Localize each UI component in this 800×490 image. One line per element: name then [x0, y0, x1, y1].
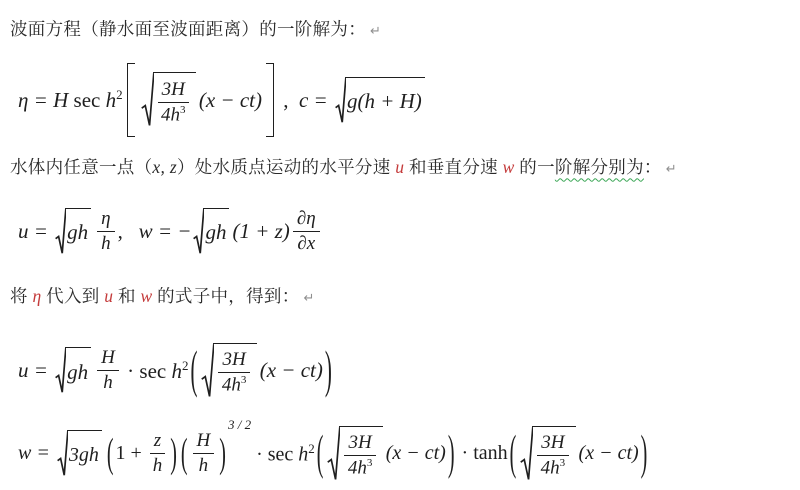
eq3-sech: · sec h2	[122, 358, 189, 384]
para2-text-squiggle: 阶解分别为	[555, 157, 644, 177]
radical-3H-4h3: 3H 4h3	[327, 426, 382, 482]
radical-gh: gh	[193, 208, 229, 255]
right-bracket	[266, 63, 274, 137]
para2-w-red: w	[503, 157, 515, 177]
right-paren: )	[219, 433, 226, 474]
radicand: gh	[67, 220, 88, 245]
para3-text: 将	[10, 286, 32, 306]
exponent-three-halves: 3 / 2	[228, 417, 251, 433]
paragraph-velocity-intro: 水体内任意一点（x, z）处水质点运动的水平分速 u 和垂直分速 w 的一阶解分…	[10, 154, 794, 180]
left-paren: (	[190, 345, 197, 396]
eq2-comma: ,	[118, 219, 139, 244]
radical-gh: gh	[55, 208, 91, 255]
para1-text: 波面方程（静水面至波面距离）的一阶解为：	[10, 19, 366, 39]
paragraph-mark-icon: ↵	[666, 162, 677, 177]
eq4-sech: · sec h2	[251, 441, 315, 467]
radical-g-h-plus-H: g(h + H)	[335, 77, 425, 124]
para2-xz: x, z	[152, 157, 177, 177]
eq3-argument: (x − ct)	[260, 358, 323, 383]
left-bracket	[127, 63, 135, 137]
paragraph-mark-icon: ↵	[304, 291, 315, 306]
eq1-comma: ,	[278, 88, 299, 113]
eq1-h: h	[106, 88, 117, 112]
para2-u-red: u	[395, 157, 404, 177]
fraction-3H-over-4h3: 3H 4h3	[158, 79, 189, 126]
fraction-3H-over-4h3: 3H 4h3	[344, 432, 375, 479]
para2-text: ）处水质点运动的水平分速	[177, 157, 395, 177]
radical-3H-4h3: 3H 4h3	[201, 343, 256, 399]
para3-w-red: w	[140, 286, 152, 306]
right-paren: )	[170, 433, 177, 474]
radicand: 3gh	[69, 444, 99, 467]
frac-denominator-exp: 3	[180, 104, 186, 116]
equation-u-result: u = gh H h · sec h2 ( 3H 4h3 (x − ct) )	[18, 335, 794, 407]
radicand: gh	[205, 220, 226, 245]
eq4-one-plus: 1 +	[116, 442, 147, 465]
left-paren: (	[510, 429, 517, 478]
fraction-z-over-h: z h	[150, 430, 165, 477]
equation-first-order-velocities: u = gh η h , w = − gh (1 + z) ∂η ∂x	[18, 197, 794, 267]
para2-text: 和垂直分速	[404, 157, 502, 177]
fraction-H-over-h: H h	[193, 430, 215, 477]
left-paren: (	[181, 433, 188, 474]
para2-text: 的一	[515, 157, 555, 177]
paragraph-substitution: 将 η 代入到 u 和 w 的式子中，得到：↵	[10, 283, 794, 309]
eq1-celerity-lhs: c =	[299, 88, 333, 113]
fraction-H-over-h: H h	[97, 347, 119, 394]
left-paren: (	[107, 433, 114, 474]
radical-3gh: 3gh	[57, 430, 102, 477]
para2-text: ：	[644, 157, 662, 177]
equation-surface-elevation: η = H sec h2 3H 4h3 (x − ct) , c = g(h +…	[18, 62, 794, 138]
eq2-one-plus-z: (1 + z)	[232, 219, 289, 244]
para3-text: 的式子中，得到：	[152, 286, 299, 306]
right-paren: )	[448, 429, 455, 478]
eq2-u-lhs: u =	[18, 219, 53, 244]
eq4-tanh: · tanh	[457, 442, 508, 465]
para3-text: 和	[113, 286, 140, 306]
eq1-lhs: η = H sec h2	[18, 87, 123, 113]
eq1-squared: 2	[116, 87, 123, 102]
para3-text: 代入到	[41, 286, 104, 306]
fraction-3H-over-4h3: 3H 4h3	[537, 432, 568, 479]
radicand: g(h + H)	[347, 89, 422, 114]
radical-3H-4h3: 3H 4h3	[141, 72, 196, 128]
fraction-partial-eta-partial-x: ∂η ∂x	[293, 208, 320, 255]
document-page: 波面方程（静水面至波面距离）的一阶解为：↵ η = H sec h2 3H 4h…	[0, 0, 800, 490]
radicand: gh	[67, 360, 88, 385]
para3-u-red: u	[104, 286, 113, 306]
radical-gh: gh	[55, 347, 91, 394]
eq1-argument: (x − ct)	[199, 88, 262, 113]
left-paren: (	[317, 429, 324, 478]
eq3-u-lhs: u =	[18, 358, 53, 383]
right-paren: )	[325, 345, 332, 396]
frac-denominator: 4h	[161, 104, 180, 125]
equation-w-result: w = 3gh ( 1 + z h ) ( H h ) 3 / 2 · sec …	[18, 415, 794, 490]
eq1-sec: sec	[74, 88, 101, 112]
para2-text: 水体内任意一点（	[10, 157, 152, 177]
eq2-w-lhs: w = −	[139, 219, 192, 244]
right-paren: )	[641, 429, 648, 478]
paragraph-wave-equation-intro: 波面方程（静水面至波面距离）的一阶解为：↵	[10, 16, 794, 42]
eq4-w-lhs: w =	[18, 442, 55, 465]
eq4-argument1: (x − ct)	[386, 442, 446, 465]
frac-numerator: 3H	[162, 79, 185, 100]
fraction-eta-over-h: η h	[97, 208, 114, 255]
paragraph-mark-icon: ↵	[370, 24, 381, 39]
eq4-argument2: (x − ct)	[579, 442, 639, 465]
eq1-eta-H: η = H	[18, 88, 74, 112]
fraction-3H-over-4h3: 3H 4h3	[218, 349, 249, 396]
radical-3H-4h3: 3H 4h3	[520, 426, 575, 482]
